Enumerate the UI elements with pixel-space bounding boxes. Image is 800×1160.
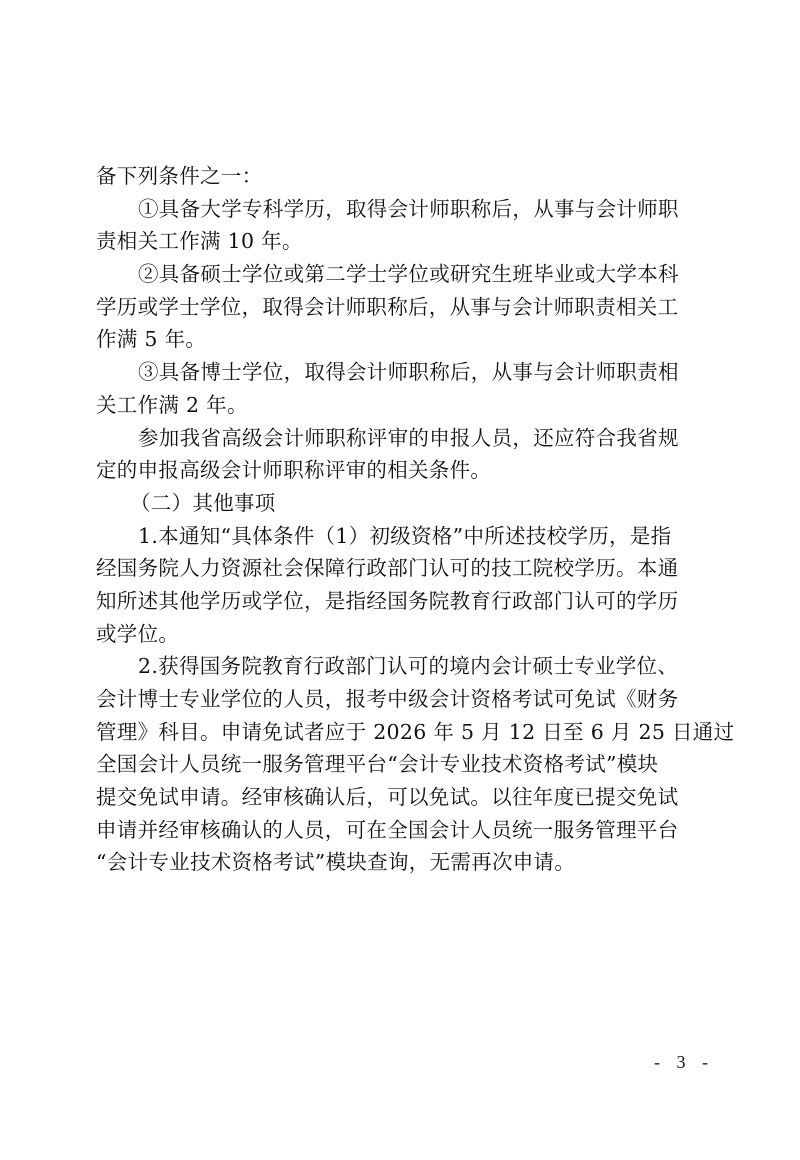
- text-line: 作满 5 年。: [96, 323, 696, 356]
- text-line-item-1: 1.本通知“具体条件（1）初级资格”中所述技校学历，是指: [96, 520, 696, 553]
- text-line: 责相关工作满 10 年。: [96, 225, 696, 258]
- text-line: 全国会计人员统一服务管理平台“会计专业技术资格考试”模块: [96, 748, 696, 781]
- text-line: 关工作满 2 年。: [96, 389, 696, 422]
- text-line: “会计专业技术资格考试”模块查询，无需再次申请。: [96, 846, 696, 879]
- text-line-condition-1: ①具备大学专科学历，取得会计师职称后，从事与会计师职: [96, 193, 696, 226]
- text-line-paragraph: 参加我省高级会计师职称评审的申报人员，还应符合我省规: [96, 422, 696, 455]
- text-line: 提交免试申请。经审核确认后，可以免试。以往年度已提交免试: [96, 781, 696, 814]
- text-line: 经国务院人力资源社会保障行政部门认可的技工院校学历。本通: [96, 552, 696, 585]
- text-line: 或学位。: [96, 618, 696, 651]
- text-line: 会计博士专业学位的人员，报考中级会计资格考试可免试《财务: [96, 683, 696, 716]
- text-line: 学历或学士学位，取得会计师职称后，从事与会计师职责相关工: [96, 291, 696, 324]
- page-number: - 3 -: [654, 1052, 714, 1073]
- text-line-item-2: 2.获得国务院教育行政部门认可的境内会计硕士专业学位、: [96, 650, 696, 683]
- text-line: 备下列条件之一：: [96, 160, 696, 193]
- text-line-condition-3: ③具备博士学位，取得会计师职称后，从事与会计师职责相: [96, 356, 696, 389]
- document-page: 备下列条件之一： ①具备大学专科学历，取得会计师职称后，从事与会计师职 责相关工…: [0, 0, 800, 1160]
- text-line-condition-2: ②具备硕士学位或第二学士学位或研究生班毕业或大学本科: [96, 258, 696, 291]
- body-text: 备下列条件之一： ①具备大学专科学历，取得会计师职称后，从事与会计师职 责相关工…: [96, 160, 696, 879]
- text-line: 定的申报高级会计师职称评审的相关条件。: [96, 454, 696, 487]
- section-heading: （二）其他事项: [96, 487, 696, 520]
- text-line: 申请并经审核确认的人员，可在全国会计人员统一服务管理平台: [96, 814, 696, 847]
- text-line: 管理》科目。申请免试者应于 2026 年 5 月 12 日至 6 月 25 日通…: [96, 716, 696, 749]
- text-line: 知所述其他学历或学位，是指经国务院教育行政部门认可的学历: [96, 585, 696, 618]
